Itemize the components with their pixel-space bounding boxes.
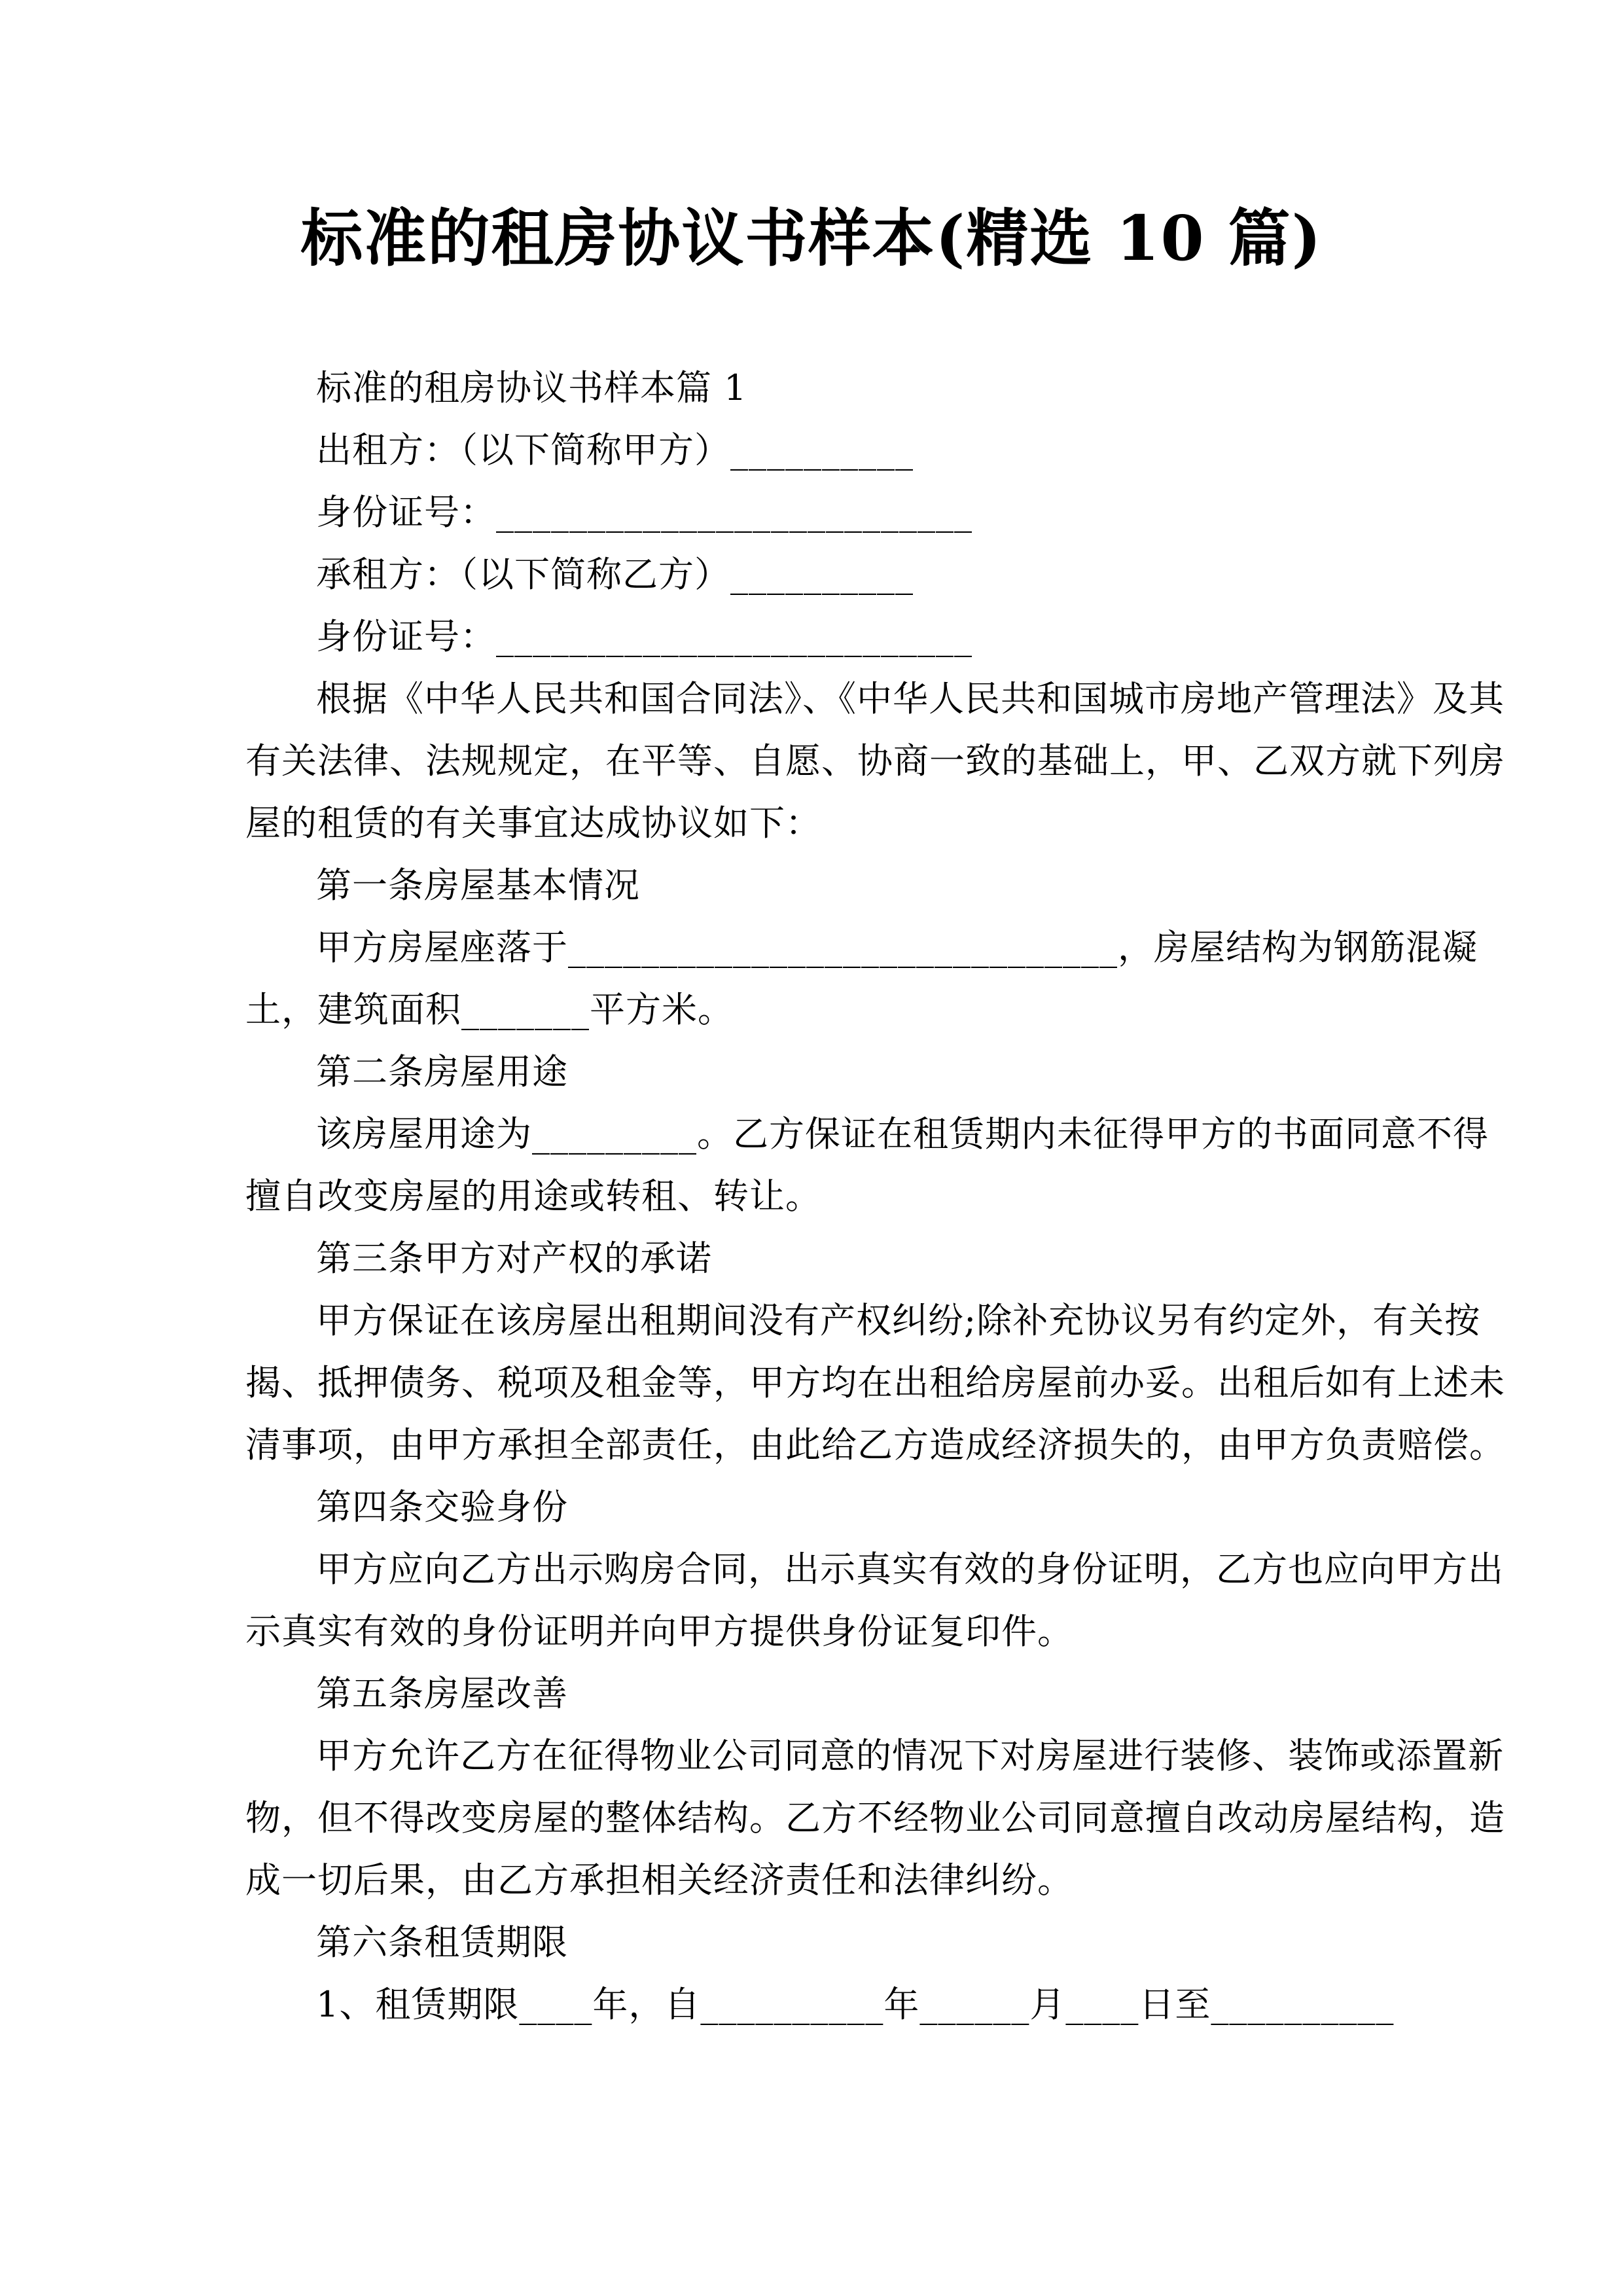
doc-subtitle: 标准的租房协议书样本篇 1 bbox=[245, 357, 1407, 419]
line-article-5-text-2: 物，但不得改变房屋的整体结构。乙方不经物业公司同意擅自改动房屋结构，造 bbox=[245, 1787, 1407, 1849]
line-article-5-text-1: 甲方允许乙方在征得物业公司同意的情况下对房屋进行装修、装饰或添置新 bbox=[245, 1725, 1407, 1787]
line-article-2-heading: 第二条房屋用途 bbox=[245, 1041, 1407, 1103]
line-article-1-heading: 第一条房屋基本情况 bbox=[245, 854, 1407, 916]
line-article-4-text-2: 示真实有效的身份证明并向甲方提供身份证复印件。 bbox=[245, 1600, 1407, 1662]
line-lessee-id: 身份证号：__________________________ bbox=[245, 605, 1407, 668]
line-article-1-text-1: 甲方房屋座落于______________________________，房屋… bbox=[245, 916, 1407, 978]
document-title: 标准的租房协议书样本(精选 10 篇) bbox=[0, 0, 1623, 281]
line-article-3-text-2: 揭、抵押债务、税项及租金等，甲方均在出租给房屋前办妥。出租后如有上述未 bbox=[245, 1352, 1407, 1414]
line-article-2-text-1: 该房屋用途为_________。乙方保证在租赁期内未征得甲方的书面同意不得 bbox=[245, 1103, 1407, 1165]
line-article-5-heading: 第五条房屋改善 bbox=[245, 1662, 1407, 1725]
line-lessee: 承租方：（以下简称乙方）__________ bbox=[245, 543, 1407, 605]
line-article-3-text-1: 甲方保证在该房屋出租期间没有产权纠纷;除补充协议另有约定外，有关按 bbox=[245, 1289, 1407, 1352]
line-preamble-1: 根据《中华人民共和国合同法》、《中华人民共和国城市房地产管理法》及其 bbox=[245, 668, 1407, 730]
line-article-3-text-3: 清事项，由甲方承担全部责任，由此给乙方造成经济损失的，由甲方负责赔偿。 bbox=[245, 1414, 1407, 1476]
line-preamble-3: 屋的租赁的有关事宜达成协议如下： bbox=[245, 792, 1407, 854]
line-article-3-heading: 第三条甲方对产权的承诺 bbox=[245, 1227, 1407, 1289]
line-article-5-text-3: 成一切后果，由乙方承担相关经济责任和法律纠纷。 bbox=[245, 1849, 1407, 1911]
line-preamble-2: 有关法律、法规规定，在平等、自愿、协商一致的基础上，甲、乙双方就下列房 bbox=[245, 730, 1407, 792]
document-body: 标准的租房协议书样本篇 1 出租方：（以下简称甲方）__________ 身份证… bbox=[0, 357, 1623, 2036]
line-article-2-text-2: 擅自改变房屋的用途或转租、转让。 bbox=[245, 1165, 1407, 1227]
line-article-4-heading: 第四条交验身份 bbox=[245, 1476, 1407, 1538]
line-article-4-text-1: 甲方应向乙方出示购房合同，出示真实有效的身份证明，乙方也应向甲方出 bbox=[245, 1538, 1407, 1600]
line-article-1-text-2: 土，建筑面积_______平方米。 bbox=[245, 978, 1407, 1041]
line-article-6-text-1: 1、租赁期限____年，自__________年______月____日至___… bbox=[245, 1973, 1407, 2036]
line-lessor: 出租方：（以下简称甲方）__________ bbox=[245, 419, 1407, 481]
line-article-6-heading: 第六条租赁期限 bbox=[245, 1911, 1407, 1973]
line-lessor-id: 身份证号：__________________________ bbox=[245, 481, 1407, 543]
document-page: 标准的租房协议书样本(精选 10 篇) 标准的租房协议书样本篇 1 出租方：（以… bbox=[0, 0, 1623, 2296]
